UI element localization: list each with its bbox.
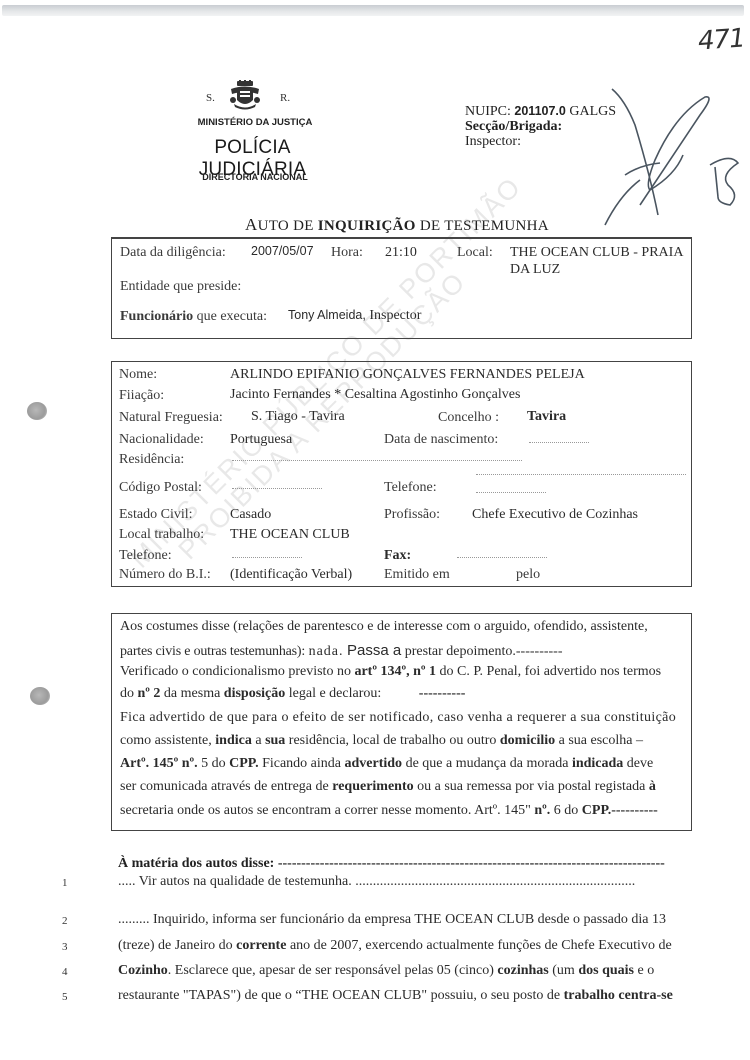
date-value: 2007/05/07 <box>251 244 314 258</box>
residence-redacted <box>232 460 522 464</box>
title-part-2: INQUIRIÇÃO <box>318 218 416 234</box>
declaration-line-9: secretaria onde os autos se encontram a … <box>120 803 685 819</box>
line-number: 1 <box>62 877 68 889</box>
postal-code-redacted <box>232 488 322 492</box>
punch-hole-top <box>27 402 47 420</box>
witness-identification-box: Nome: ARLINDO EPIFANIO GONÇALVES FERNAND… <box>111 361 692 587</box>
testimony-line-1: ..... Vir autos na qualidade de testemun… <box>118 874 635 890</box>
declarations-box: Aos costumes disse (relações de parentes… <box>111 613 692 831</box>
diligence-box: Data da diligência: 2007/05/07 Hora: 21:… <box>111 237 692 339</box>
profession-label: Profissão: <box>384 507 440 523</box>
document-title: AUTO DE INQUIRIÇÃO DE TESTEMUNHA <box>245 215 549 235</box>
declaration-line-3: Verificado o condicionalismo previsto no… <box>120 664 685 680</box>
presiding-entity-label: Entidade que preside: <box>120 279 241 295</box>
issued-date-label: Emitido em <box>384 567 450 583</box>
line-number: 4 <box>62 966 68 978</box>
declaration-line-5: Fica advertido de que para o efeito de s… <box>120 710 685 726</box>
coat-of-arms-icon <box>228 80 262 110</box>
id-number-label: Número do B.I.: <box>119 567 211 583</box>
title-part-3: DE TESTEMUNHA <box>420 218 549 234</box>
testimony-line-2: ......... Inquirido, informa ser funcion… <box>118 912 666 928</box>
crest-left-letter: S. <box>206 92 215 104</box>
ministry-name: MINISTÉRIO DA JUSTIÇA <box>185 117 325 128</box>
date-label: Data da diligência: <box>120 245 226 261</box>
handwritten-signature: 13 <box>580 85 750 235</box>
nuipc-label: NUIPC: <box>465 104 511 119</box>
profession-value: Chefe Executivo de Cozinhas <box>472 507 638 523</box>
id-number-value: (Identificação Verbal) <box>230 567 352 583</box>
nuipc-value: 201107.0 <box>514 104 565 118</box>
testimony-line-5: restaurante "TAPAS") de que o “THE OCEAN… <box>118 988 673 1004</box>
declaration-line-1: Aos costumes disse (relações de parentes… <box>120 619 685 635</box>
crest-row: S. R. <box>206 80 306 110</box>
parents-label: Fiiação: <box>119 388 164 404</box>
fax-redacted <box>457 557 547 561</box>
marital-status-value: Casado <box>230 507 271 523</box>
phone-redacted-2 <box>476 492 546 496</box>
line-number: 2 <box>62 915 68 927</box>
fax-label: Fax: <box>384 548 411 564</box>
testimony-line-3: (treze) de Janeiro do corrente ano de 20… <box>118 938 672 954</box>
postal-code-label: Código Postal: <box>119 480 202 496</box>
crest-right-letter: R. <box>280 92 290 104</box>
place-value-line-1: THE OCEAN CLUB - PRAIA <box>510 245 683 261</box>
birthdate-label: Data de nascimento: <box>384 432 498 448</box>
declaration-line-7: Artº. 145º nº. 5 do CPP. Ficando ainda a… <box>120 756 685 772</box>
line-number: 3 <box>62 941 68 953</box>
place-value-line-2: DA LUZ <box>510 262 560 278</box>
marital-status-label: Estado Civil: <box>119 507 193 523</box>
matter-heading: À matéria dos autos disse: -------------… <box>118 856 665 872</box>
testimony-line-4: Cozinho. Esclarece que, apesar de ser re… <box>118 963 654 979</box>
nationality-label: Nacionalidade: <box>119 432 204 448</box>
county-label: Concelho : <box>438 410 499 426</box>
work-phone-redacted <box>232 557 302 561</box>
officer-value: Tony Almeida, Inspector <box>288 308 421 324</box>
declaration-line-2: partes civis e outras testemunhas): nada… <box>120 642 685 660</box>
phone-label: Telefone: <box>384 480 437 496</box>
place-label: Local: <box>457 245 493 261</box>
title-part-1: UTO DE <box>258 218 314 234</box>
workplace-label: Local trabalho: <box>119 527 204 543</box>
residence-label: Residência: <box>119 452 184 468</box>
phone-redacted <box>476 474 686 478</box>
declaration-line-6: como assistente, indica a sua residência… <box>120 733 685 749</box>
name-label: Nome: <box>119 367 157 383</box>
title-initial: A <box>245 215 258 234</box>
section-label: Secção/Brigada: <box>465 119 562 134</box>
signature-mark: 13 <box>580 85 596 89</box>
punch-hole-bottom <box>30 687 50 705</box>
time-label: Hora: <box>331 245 363 261</box>
time-value: 21:10 <box>385 245 417 261</box>
work-phone-label: Telefone: <box>119 548 172 564</box>
issued-by-label: pelo <box>516 567 540 583</box>
workplace-value: THE OCEAN CLUB <box>230 527 350 543</box>
birthdate-redacted <box>529 442 589 446</box>
handwritten-page-number: 471 <box>697 23 746 56</box>
parish-value: S. Tiago - Tavira <box>251 409 345 425</box>
name-value: ARLINDO EPIFANIO GONÇALVES FERNANDES PEL… <box>230 367 585 383</box>
line-number: 5 <box>62 991 68 1003</box>
directorate-name: DIRECTORIA NACIONAL <box>180 172 330 182</box>
declaration-line-4: do nº 2 da mesma disposição legal e decl… <box>120 686 685 702</box>
parents-value: Jacinto Fernandes * Cesaltina Agostinho … <box>230 387 520 403</box>
county-value: Tavira <box>527 409 566 425</box>
scan-edge-bar <box>2 5 744 16</box>
nationality-value: Portuguesa <box>230 432 292 448</box>
declaration-line-8: ser comunicada através de entrega de req… <box>120 779 685 795</box>
officer-label: Funcionário que executa: <box>120 309 267 325</box>
parish-label: Natural Freguesia: <box>119 410 223 426</box>
